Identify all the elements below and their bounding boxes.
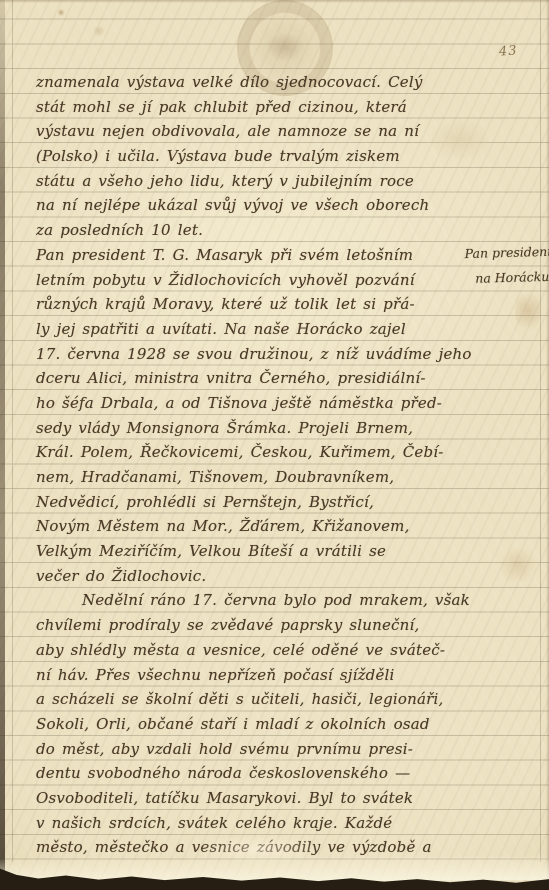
manuscript-line: aby shlédly města a vesnice, celé oděné … <box>36 638 472 663</box>
margin-note: Pan president na Horácku <box>464 240 547 292</box>
manuscript-line: do měst, aby vzdali hold svému prvnímu p… <box>36 737 472 762</box>
manuscript-line: večer do Židlochovic. <box>36 564 472 589</box>
manuscript-line: (Polsko) i učila. Výstava bude trvalým z… <box>36 144 472 169</box>
paper-stain <box>498 548 538 582</box>
manuscript-line: Velkým Meziříčím, Velkou Bíteší a vrátil… <box>36 539 472 564</box>
scanned-manuscript-photo: 43 znamenala výstava velké dílo sjednoco… <box>0 0 549 890</box>
manuscript-text: znamenala výstava velké dílo sjednocovac… <box>36 70 472 860</box>
manuscript-line: stát mohl se jí pak chlubit před cizinou… <box>36 95 472 120</box>
manuscript-line: sedy vlády Monsignora Šrámka. Projeli Br… <box>36 416 472 441</box>
manuscript-line: Pan president T. G. Masaryk při svém let… <box>36 243 472 268</box>
manuscript-line: v našich srdcích, svátek celého kraje. K… <box>36 811 472 836</box>
manuscript-line: Nedvědicí, prohlédli si Pernštejn, Bystř… <box>36 490 472 515</box>
page-number: 43 <box>498 43 518 59</box>
manuscript-line: Osvoboditeli, tatíčku Masarykovi. Byl to… <box>36 786 472 811</box>
page-left-edge-shadow <box>0 0 5 890</box>
manuscript-line: Sokoli, Orli, občané staří i mladí z oko… <box>36 712 472 737</box>
manuscript-line: a scházeli se školní děti s učiteli, has… <box>36 687 472 712</box>
manuscript-line: chvílemi prodíraly se zvědavé paprsky sl… <box>36 613 472 638</box>
manuscript-line: různých krajů Moravy, které už tolik let… <box>36 292 472 317</box>
paper-stain <box>92 26 106 36</box>
manuscript-line: nem, Hradčanami, Tišnovem, Doubravníkem, <box>36 465 472 490</box>
manuscript-line: výstavu nejen obdivovala, ale namnoze se… <box>36 119 472 144</box>
left-margin-rule <box>12 0 13 862</box>
paper-page: 43 znamenala výstava velké dílo sjednoco… <box>0 0 549 890</box>
manuscript-line: Nedělní ráno 17. června bylo pod mrakem,… <box>36 588 472 613</box>
manuscript-line: Král. Polem, Řečkovicemi, Českou, Kuřime… <box>36 440 472 465</box>
margin-note-line: Pan president <box>464 240 547 267</box>
margin-note-line: na Horácku <box>465 265 548 292</box>
manuscript-line: ní háv. Přes všechnu nepřízeň počasí sjí… <box>36 663 472 688</box>
right-margin-rule <box>540 0 541 862</box>
manuscript-line: znamenala výstava velké dílo sjednocovac… <box>36 70 472 95</box>
manuscript-line: ho šéfa Drbala, a od Tišnova ještě náměs… <box>36 391 472 416</box>
manuscript-line: 17. června 1928 se svou družinou, z níž … <box>36 342 472 367</box>
ink-speck <box>57 9 65 16</box>
manuscript-line: dentu svobodného národa československého… <box>36 761 472 786</box>
paper-stain <box>515 288 541 334</box>
manuscript-line: letním pobytu v Židlochovicích vyhověl p… <box>36 268 472 293</box>
manuscript-line: ly jej spatřiti a uvítati. Na naše Horác… <box>36 317 472 342</box>
torn-bottom-edge <box>0 864 549 890</box>
manuscript-line: za posledních 10 let. <box>36 218 472 243</box>
manuscript-line: státu a všeho jeho lidu, který v jubilej… <box>36 169 472 194</box>
manuscript-line: Novým Městem na Mor., Žďárem, Křižanovem… <box>36 514 472 539</box>
page-top-edge-shadow <box>0 0 549 3</box>
manuscript-line: dceru Alici, ministra vnitra Černého, pr… <box>36 366 472 391</box>
manuscript-line: na ní nejlépe ukázal svůj vývoj ve všech… <box>36 193 472 218</box>
manuscript-line: město, městečko a vesnice závodily ve vý… <box>36 835 472 860</box>
